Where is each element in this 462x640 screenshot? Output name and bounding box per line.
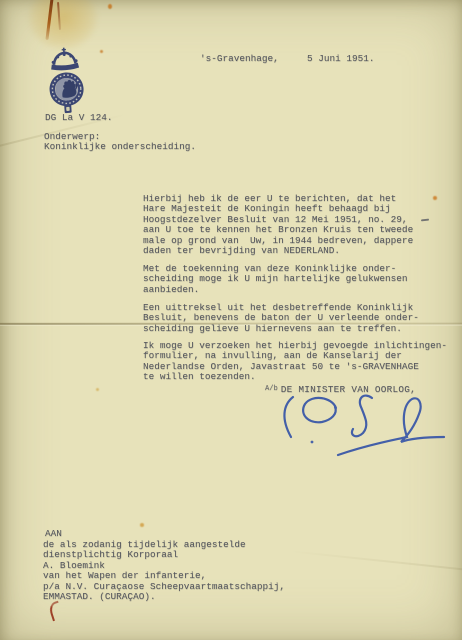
foxing-speck [96, 388, 99, 391]
body-paragraph-4: Ik moge U verzoeken het hierbij gevoegde… [143, 341, 447, 383]
scanned-letter-page: 's-Gravenhage, 5 Juni 1951. DG La V 124.… [0, 0, 462, 640]
recipient-line: EMMASTAD. (CURAÇAO). [43, 592, 156, 602]
recipient-line: dienstplichtig Korporaal [43, 550, 178, 560]
reference-number: DG La V 124. [45, 113, 113, 123]
date-line: 's-Gravenhage, 5 Juni 1951. [200, 54, 375, 64]
red-ink-mark [47, 601, 63, 622]
recipient-line: van het Wapen der infanterie, [43, 571, 206, 581]
subject-text: Koninklijke onderscheiding. [44, 142, 196, 152]
foxing-speck [108, 4, 112, 9]
rust-stain-halo [28, 0, 98, 50]
pencil-dash-mark [421, 219, 429, 222]
foxing-speck [140, 523, 144, 527]
body-paragraph-1: Hierbij heb ik de eer U te berichten, da… [143, 194, 413, 257]
foxing-speck [433, 196, 437, 200]
body-paragraph-3: Een uittreksel uit het desbetreffende Ko… [143, 303, 419, 334]
body-paragraph-2: Met de toekenning van deze Koninklijke o… [143, 264, 408, 295]
recipient-line: AAN [45, 529, 62, 539]
paper-crease [288, 550, 462, 572]
foxing-speck [100, 50, 103, 53]
handwritten-signature [256, 392, 456, 492]
royal-crest-seal-icon [36, 45, 97, 117]
